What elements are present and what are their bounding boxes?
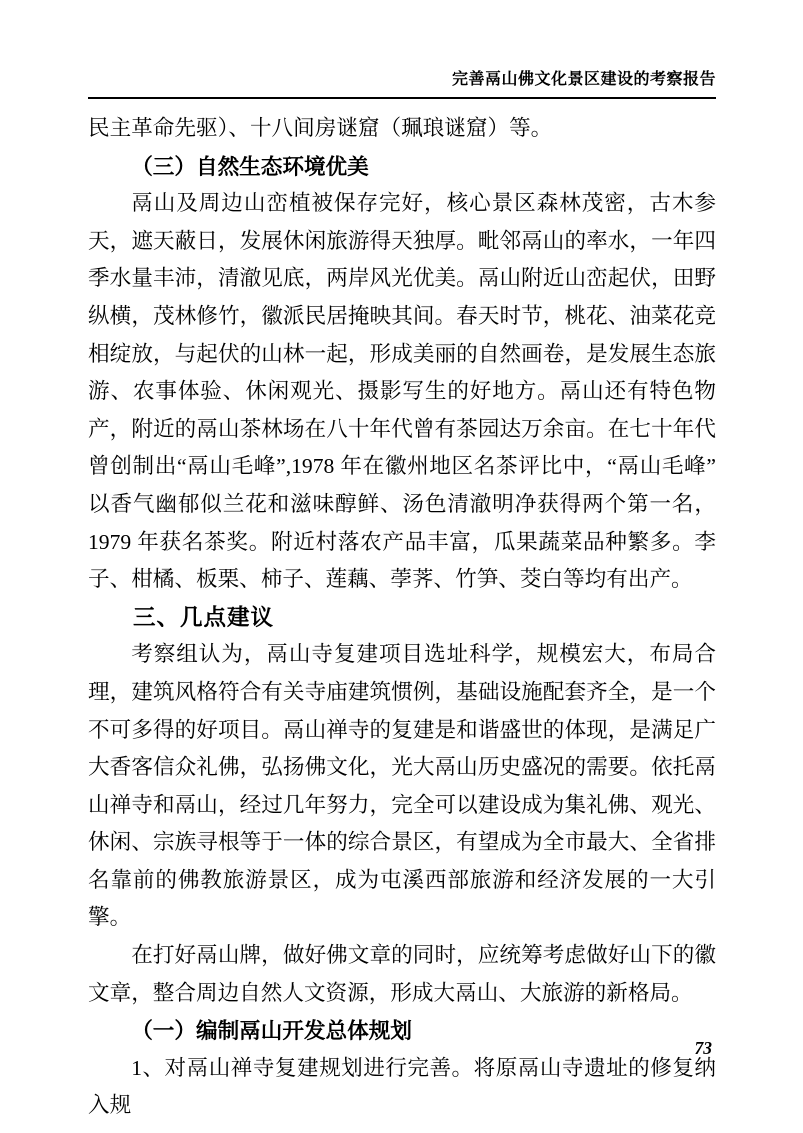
paragraph-hui-culture-integration: 在打好鬲山牌，做好佛文章的同时，应统筹考虑做好山下的徽文章，整合周边自然人文资源… — [88, 937, 716, 1012]
paragraph-continuation: 民主革命先驱）、十八间房谜窟（珮琅谜窟）等。 — [88, 110, 716, 148]
paragraph-planning-item-1: 1、对鬲山禅寺复建规划进行完善。将原鬲山寺遗址的修复纳入规 — [88, 1050, 716, 1125]
paragraph-project-assessment: 考察组认为，鬲山寺复建项目选址科学，规模宏大，布局合理，建筑风格符合有关寺庙建筑… — [88, 636, 716, 937]
heading-section-3-natural-environment: （三）自然生态环境优美 — [88, 148, 716, 186]
running-header-title: 完善鬲山佛文化景区建设的考察报告 — [88, 66, 716, 99]
document-page: 完善鬲山佛文化景区建设的考察报告 民主革命先驱）、十八间房谜窟（珮琅谜窟）等。 … — [0, 0, 803, 1133]
heading-subsection-1-master-plan: （一）编制鬲山开发总体规划 — [88, 1012, 716, 1050]
paragraph-natural-environment: 鬲山及周边山峦植被保存完好，核心景区森林茂密，古木参天，遮天蔽日，发展休闲旅游得… — [88, 185, 716, 599]
heading-chapter-3-suggestions: 三、几点建议 — [88, 599, 716, 637]
document-body: 民主革命先驱）、十八间房谜窟（珮琅谜窟）等。 （三）自然生态环境优美 鬲山及周边… — [88, 110, 716, 1125]
page-number: 73 — [695, 1038, 713, 1059]
